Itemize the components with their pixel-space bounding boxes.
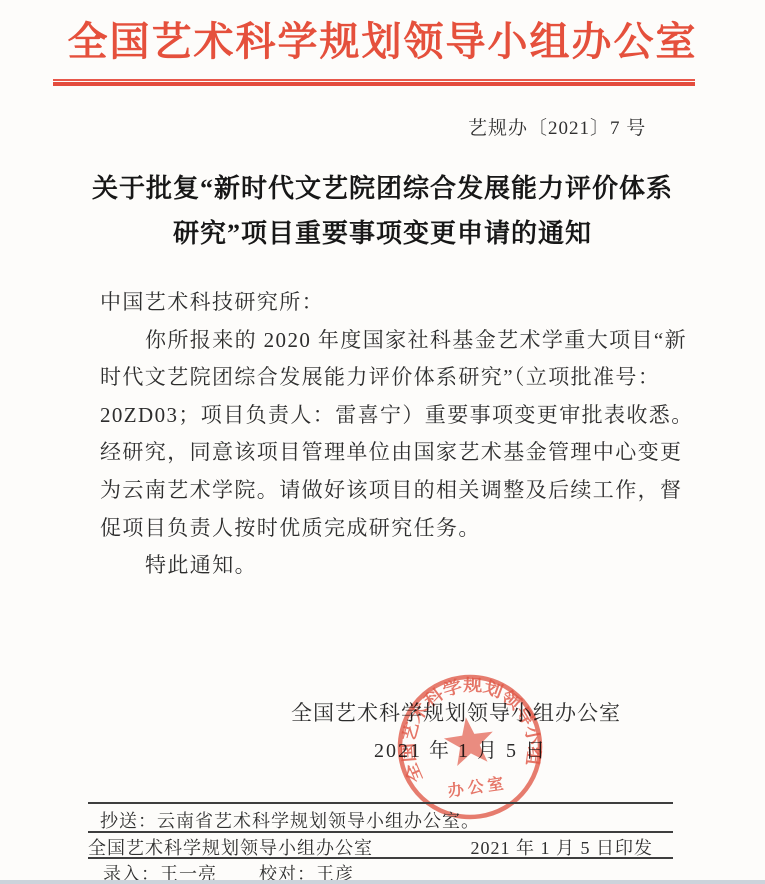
salutation: 中国艺术科技研究所： — [100, 284, 680, 322]
document-number: 艺规办〔2021〕7 号 — [468, 113, 646, 140]
body-line: 经研究，同意该项目管理单位由国家艺术基金管理中心变更 — [100, 434, 680, 472]
notice-title-line2: 研究”项目重要事项变更申请的通知 — [173, 219, 592, 248]
letterhead-divider — [53, 79, 695, 86]
divider-thick-line — [53, 82, 695, 86]
seal-star-icon — [441, 714, 496, 767]
notice-title: 关于批复“新时代文艺院团综合发展能力评价体系 研究”项目重要事项变更申请的通知 — [0, 166, 765, 256]
footer-cc-line: 抄送：云南省艺术科学规划领导小组办公室。 — [100, 807, 480, 833]
seal-bottom-text: 办 公 室 — [447, 774, 505, 801]
closing-line: 特此通知。 — [100, 547, 680, 585]
body-line: 促项目负责人按时优质完成研究任务。 — [100, 510, 680, 548]
body-line: 20ZD03；项目负责人：雷喜宁）重要事项变更审批表收悉。 — [100, 397, 680, 435]
body-line: 你所报来的 2020 年度国家社科基金艺术学重大项目“新 — [100, 322, 680, 360]
footer-divider-bottom — [88, 857, 673, 859]
footer-divider-top — [88, 802, 673, 804]
scan-bottom-edge — [0, 880, 765, 884]
body-line: 时代文艺院团综合发展能力评价体系研究”（立项批准号： — [100, 359, 680, 397]
notice-title-line1: 关于批复“新时代文艺院团综合发展能力评价体系 — [92, 174, 673, 203]
official-notice-document: 全国艺术科学规划领导小组办公室 艺规办〔2021〕7 号 关于批复“新时代文艺院… — [0, 0, 765, 884]
letterhead-title: 全国艺术科学规划领导小组办公室 — [0, 10, 765, 67]
body-line: 为云南艺术学院。请做好该项目的相关调整及后续工作，督 — [100, 472, 680, 510]
official-seal-stamp: 全国艺术科学规划领导小组 办 公 室 — [394, 671, 546, 823]
footer-divider-middle — [88, 831, 673, 833]
notice-body: 中国艺术科技研究所： 你所报来的 2020 年度国家社科基金艺术学重大项目“新 … — [100, 284, 680, 585]
